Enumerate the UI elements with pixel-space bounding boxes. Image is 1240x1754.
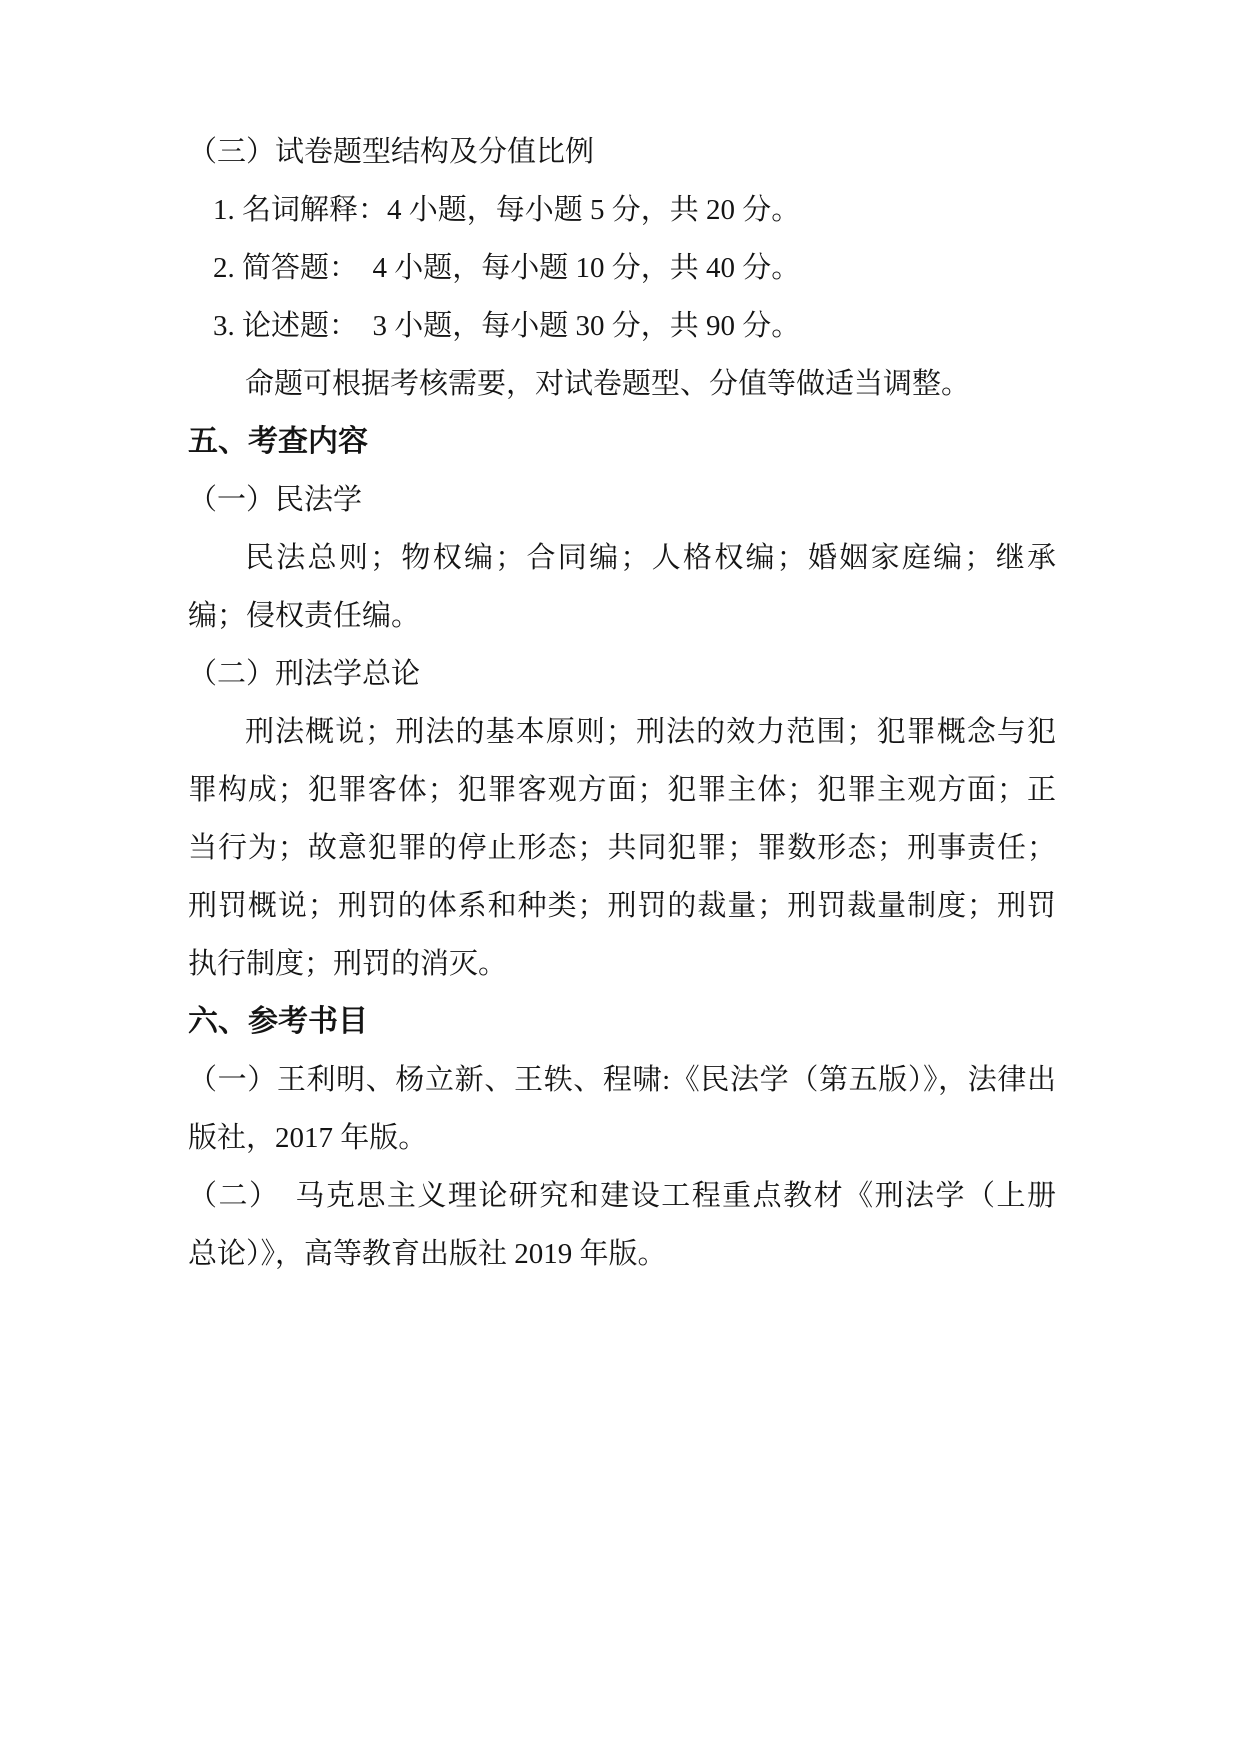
paragraph-criminal-law-topics: 刑法概说；刑法的基本原则；刑法的效力范围；犯罪概念与犯罪构成；犯罪客体；犯罪客观… — [188, 703, 1056, 993]
document-body: （三）试卷题型结构及分值比例 1. 名词解释：4 小题，每小题 5 分，共 20… — [188, 123, 1056, 1283]
heading-reference-books: 六、参考书目 — [188, 993, 1056, 1051]
heading-exam-content: 五、考查内容 — [188, 413, 1056, 471]
list-item-essay-question: 3. 论述题： 3 小题，每小题 30 分，共 90 分。 — [188, 297, 1056, 355]
list-item-term-explanation: 1. 名词解释：4 小题，每小题 5 分，共 20 分。 — [188, 181, 1056, 239]
subheading-civil-law: （一）民法学 — [188, 471, 1056, 529]
paragraph-reference-book-2: （二） 马克思主义理论研究和建设工程重点教材《刑法学（上册 总论）》，高等教育出… — [188, 1167, 1056, 1283]
subheading-criminal-law-general: （二）刑法学总论 — [188, 645, 1056, 703]
paragraph-civil-law-topics: 民法总则；物权编；合同编；人格权编；婚姻家庭编；继承编；侵权责任编。 — [188, 529, 1056, 645]
subheading-paper-structure: （三）试卷题型结构及分值比例 — [188, 123, 1056, 181]
paragraph-adjustment-note: 命题可根据考核需要，对试卷题型、分值等做适当调整。 — [188, 355, 1056, 413]
paragraph-reference-book-1: （一）王利明、杨立新、王轶、程啸:《民法学（第五版）》，法律出版社，2017 年… — [188, 1051, 1056, 1167]
document-page: （三）试卷题型结构及分值比例 1. 名词解释：4 小题，每小题 5 分，共 20… — [0, 0, 1240, 1754]
list-item-short-answer: 2. 简答题： 4 小题，每小题 10 分，共 40 分。 — [188, 239, 1056, 297]
